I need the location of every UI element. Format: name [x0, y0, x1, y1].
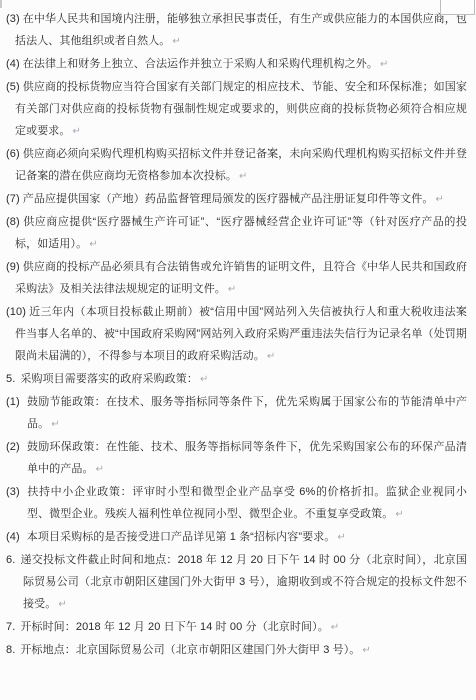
paragraph-marker: (4) [6, 58, 20, 70]
paragraph-marker: 7. [6, 621, 15, 633]
paragraph-end-mark-icon: ↵ [395, 509, 403, 520]
paragraph-text: 产品应提供国家（产地）药品监督管理局颁发的医疗器械产品注册证复印件等文件。 [23, 193, 434, 205]
paragraph-end-mark-icon: ↵ [89, 239, 97, 250]
paragraph: 6.递交投标文件截止时间和地点：2018 年 12 月 20 日下午 14 时 … [6, 549, 467, 616]
paragraph-end-mark-icon: ↵ [380, 59, 388, 70]
paragraph-marker: (6) [6, 148, 20, 160]
paragraph-text: 鼓励节能政策：在技术、服务等指标同等条件下，优先采购属于国家公布的节能清单中产品… [27, 396, 467, 430]
paragraph-marker: (1) [6, 396, 20, 408]
paragraph-marker: (9) [6, 261, 20, 273]
page-edge-artifact [0, 0, 2, 8]
paragraph-text: 本项目采购标的是否接受进口产品详见第 1 条“招标内容”要求。 [27, 531, 336, 543]
paragraph: (4)在法律上和财务上独立、合法运作并独立于采购人和采购代理机构之外。↵ [6, 53, 467, 76]
paragraph-end-mark-icon: ↵ [239, 171, 247, 182]
paragraph-marker: (4) [6, 531, 20, 543]
paragraph: (7)产品应提供国家（产地）药品监督管理局颁发的医疗器械产品注册证复印件等文件。… [6, 188, 467, 211]
paragraph-text: 采购项目需要落实的政府采购政策： [20, 373, 198, 385]
paragraph-text: 供应商的投标产品必须具有合法销售或允许销售的证明文件，且符合《中华人民共和国政府… [15, 261, 467, 295]
paragraph-marker: (8) [6, 216, 20, 228]
paragraph-end-mark-icon: ↵ [172, 36, 180, 47]
paragraph-end-mark-icon: ↵ [58, 599, 66, 610]
paragraph: (3)在中华人民共和国境内注册，能够独立承担民事责任，有生产或供应能力的本国供应… [6, 8, 467, 53]
paragraph-text: 在法律上和财务上独立、合法运作并独立于采购人和采购代理机构之外。 [23, 58, 378, 70]
page-frame-corner [440, 0, 475, 15]
paragraph-end-mark-icon: ↵ [337, 532, 345, 543]
paragraph-marker: 5. [6, 373, 15, 385]
paragraph-text: 开标时间：2018 年 12 月 20 日下午 14 时 00 分（北京时间）。 [20, 621, 328, 633]
paragraph-end-mark-icon: ↵ [362, 645, 370, 656]
paragraph: (8)供应商应提供“医疗器械生产许可证”、“医疗器械经营企业许可证”等（针对医疗… [6, 211, 467, 256]
document-body: (3)在中华人民共和国境内注册，能够独立承担民事责任，有生产或供应能力的本国供应… [6, 8, 467, 662]
paragraph-end-mark-icon: ↵ [435, 194, 443, 205]
paragraph-end-mark-icon: ↵ [96, 464, 104, 475]
paragraph-text: 近三年内（本项目投标截止期前）被“信用中国”网站列入失信被执行人和重大税收违法案… [15, 306, 467, 362]
paragraph-end-mark-icon: ↵ [267, 351, 275, 362]
paragraph-text: 递交投标文件截止时间和地点：2018 年 12 月 20 日下午 14 时 00… [20, 554, 467, 610]
paragraph-marker: (3) [6, 13, 20, 25]
paragraph-text: 在中华人民共和国境内注册，能够独立承担民事责任，有生产或供应能力的本国供应商，包… [15, 13, 467, 47]
paragraph-marker: (2) [6, 441, 20, 453]
paragraph-end-mark-icon: ↵ [228, 284, 236, 295]
paragraph-text: 供应商应提供“医疗器械生产许可证”、“医疗器械经营企业许可证”等（针对医疗产品的… [15, 216, 467, 250]
paragraph: (9)供应商的投标产品必须具有合法销售或允许销售的证明文件，且符合《中华人民共和… [6, 256, 467, 301]
paragraph: 5.采购项目需要落实的政府采购政策：↵ [6, 368, 467, 391]
paragraph: (4)本项目采购标的是否接受进口产品详见第 1 条“招标内容”要求。↵ [6, 526, 467, 549]
paragraph-end-mark-icon: ↵ [200, 374, 208, 385]
paragraph-marker: (7) [6, 193, 20, 205]
paragraph: (5)供应商的投标货物应当符合国家有关部门规定的相应技术、节能、安全和环保标准；… [6, 76, 467, 143]
paragraph: (6)供应商必须向采购代理机构购买招标文件并登记备案，未向采购代理机构购买招标文… [6, 143, 467, 188]
document-page: (3)在中华人民共和国境内注册，能够独立承担民事责任，有生产或供应能力的本国供应… [0, 0, 476, 700]
paragraph: (3)扶持中小企业政策：评审时小型和微型企业产品享受 6%的价格折扣。监狱企业视… [6, 481, 467, 526]
paragraph-marker: (10) [6, 306, 26, 318]
paragraph-end-mark-icon: ↵ [51, 419, 59, 430]
paragraph-end-mark-icon: ↵ [331, 622, 339, 633]
paragraph-marker: (3) [6, 486, 20, 498]
paragraph-text: 供应商的投标货物应当符合国家有关部门规定的相应技术、节能、安全和环保标准；如国家… [15, 81, 467, 137]
paragraph: (1)鼓励节能政策：在技术、服务等指标同等条件下，优先采购属于国家公布的节能清单… [6, 391, 467, 436]
paragraph-marker: (5) [6, 81, 20, 93]
paragraph-text: 开标地点：北京国际贸易公司（北京市朝阳区建国门外大街甲 3 号）。 [20, 644, 360, 656]
paragraph: (10)近三年内（本项目投标截止期前）被“信用中国”网站列入失信被执行人和重大税… [6, 301, 467, 368]
paragraph-marker: 8. [6, 644, 15, 656]
paragraph: 7.开标时间：2018 年 12 月 20 日下午 14 时 00 分（北京时间… [6, 616, 467, 639]
paragraph-marker: 6. [6, 554, 15, 566]
paragraph: (2)鼓励环保政策：在性能、技术、服务等指标同等条件下，优先采购国家公布的环保产… [6, 436, 467, 481]
paragraph-end-mark-icon: ↵ [73, 126, 81, 137]
paragraph-text: 鼓励环保政策：在性能、技术、服务等指标同等条件下，优先采购国家公布的环保产品清单… [27, 441, 467, 475]
paragraph: 8.开标地点：北京国际贸易公司（北京市朝阳区建国门外大街甲 3 号）。↵ [6, 639, 467, 662]
